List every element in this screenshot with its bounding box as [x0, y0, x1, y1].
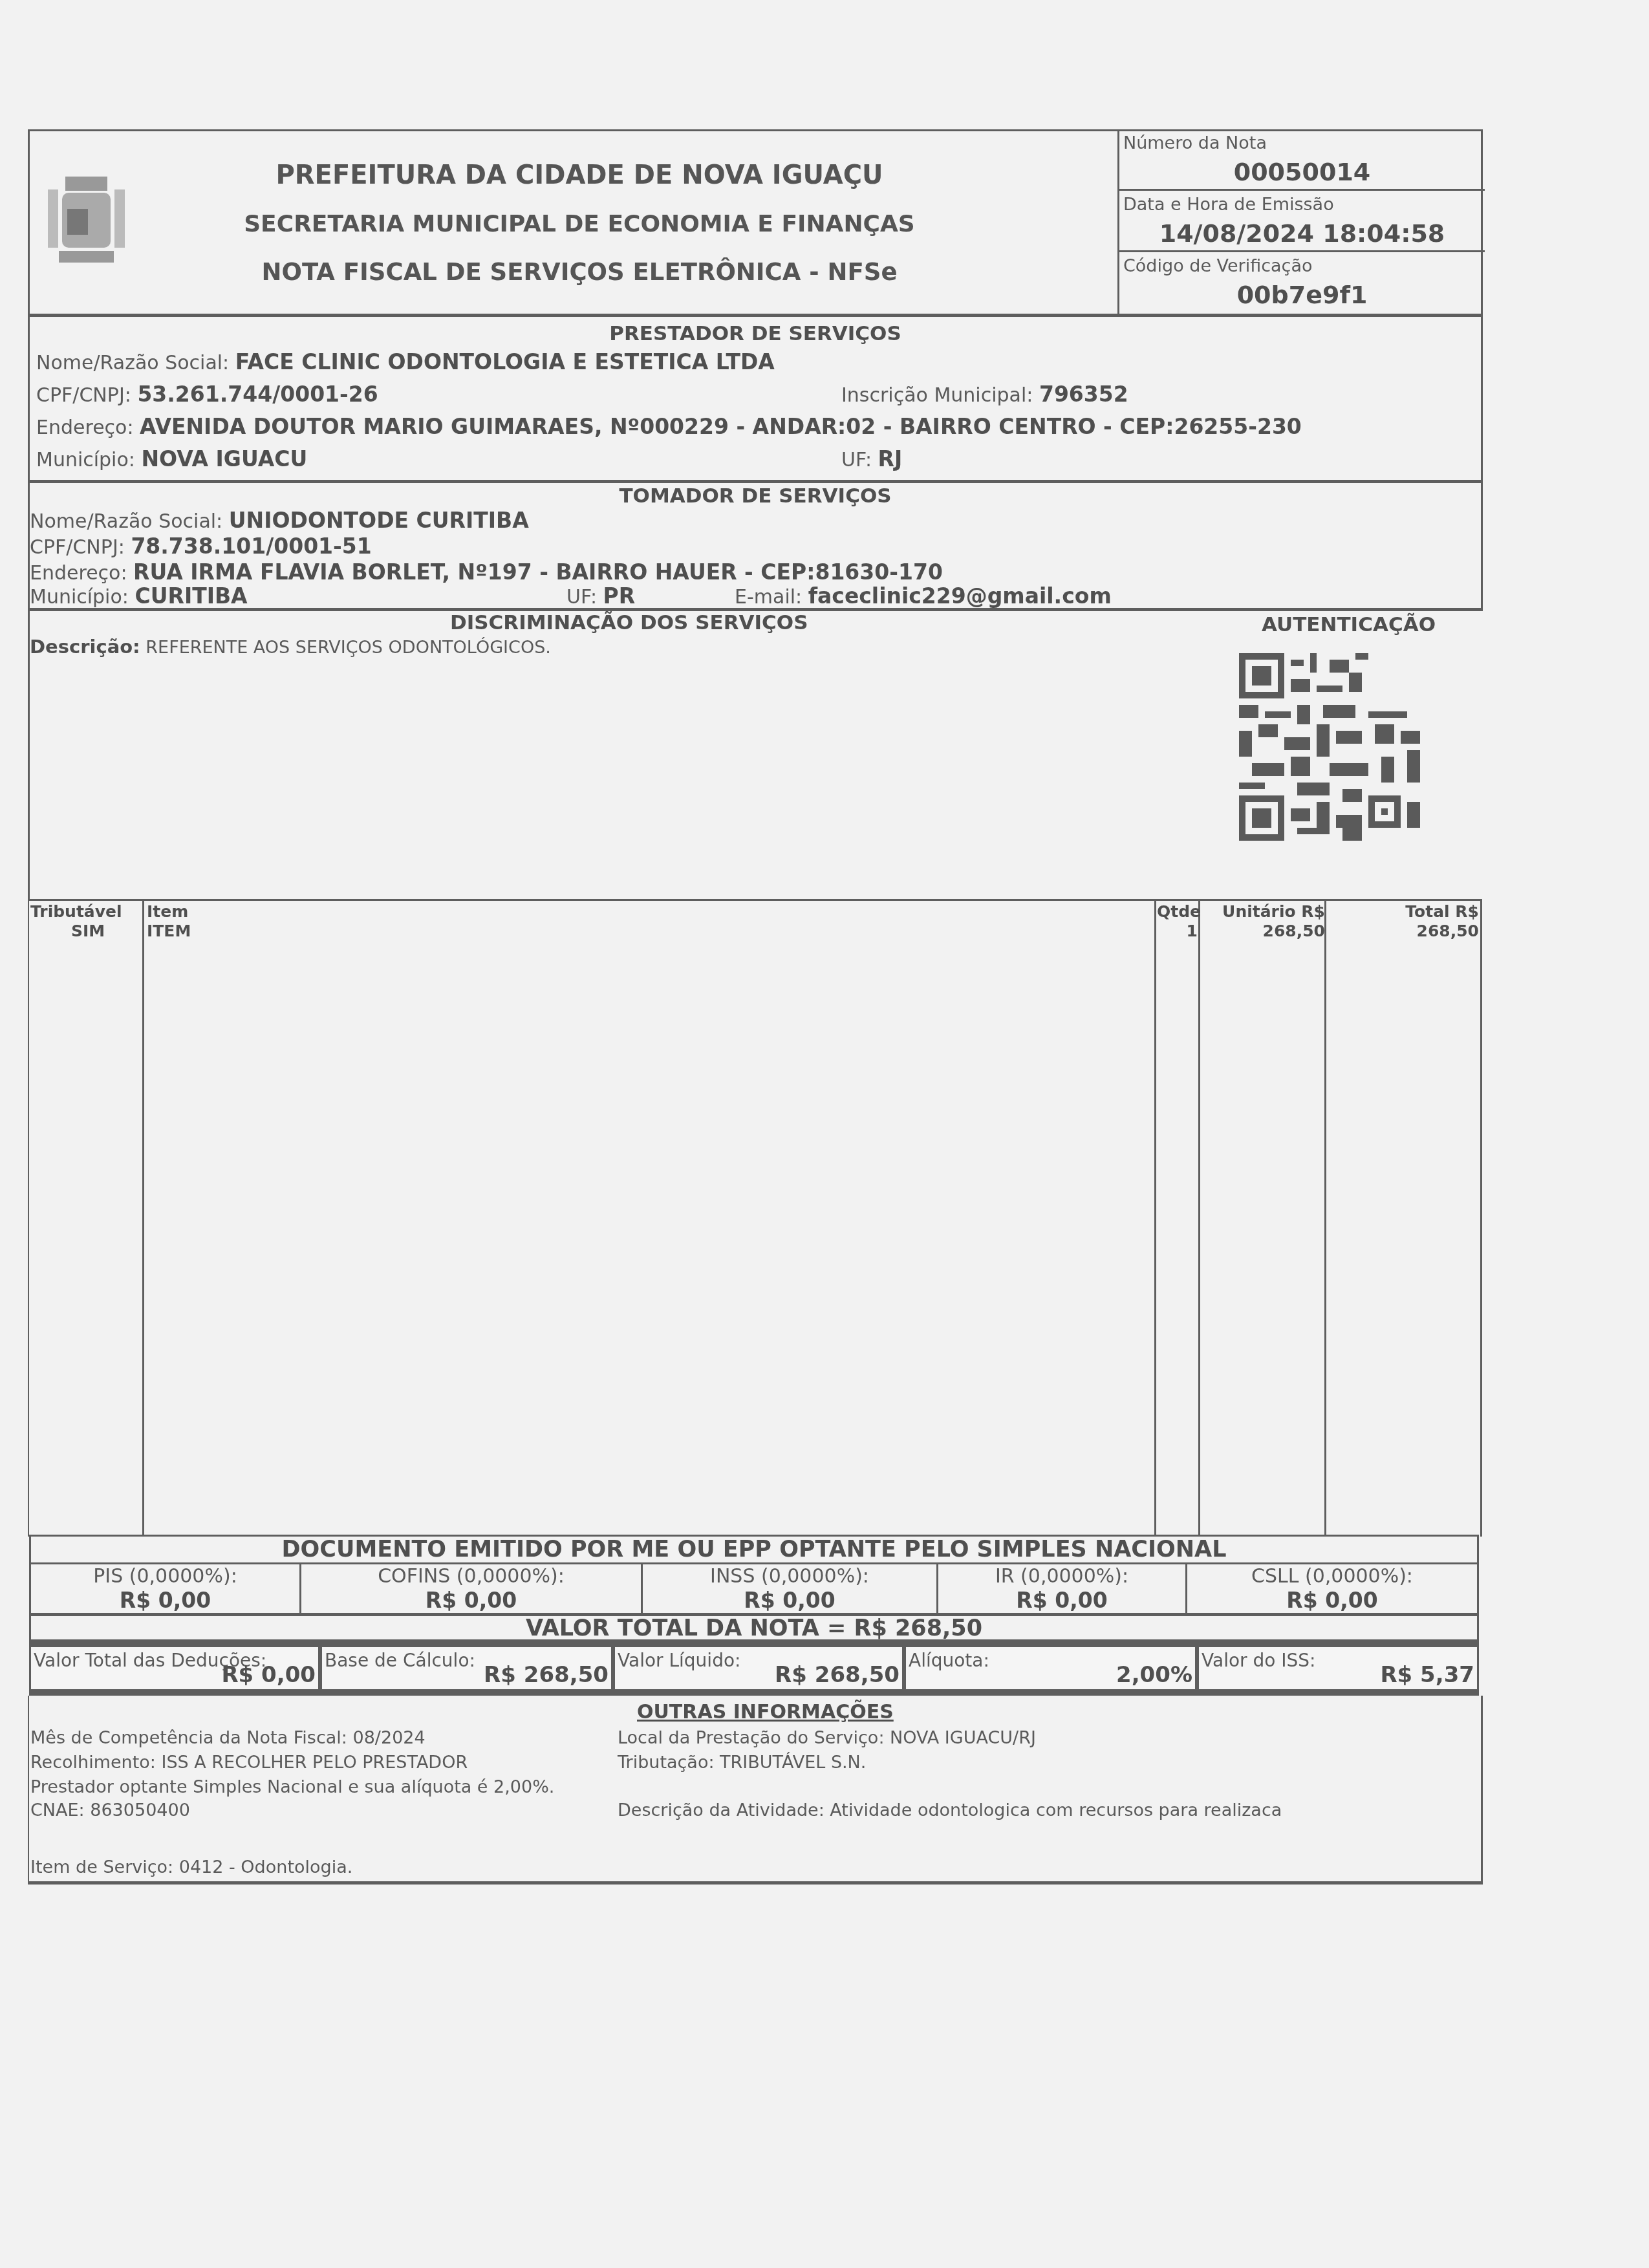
prestador-municipio: NOVA IGUACU — [141, 446, 307, 471]
cnae: CNAE: 863050400 — [30, 1800, 190, 1820]
data-value: 14/08/2024 18:04:58 — [1119, 219, 1485, 248]
tax-pis-value: R$ 0,00 — [31, 1588, 299, 1613]
codigo-value: 00b7e9f1 — [1119, 281, 1485, 309]
tax-cofins: COFINS (0,0000%):R$ 0,00 — [301, 1562, 643, 1613]
simples-banner-text: DOCUMENTO EMITIDO POR ME OU EPP OPTANTE … — [282, 1537, 1227, 1562]
tax-pis-label: PIS (0,0000%): — [31, 1562, 299, 1588]
taxes-row: PIS (0,0000%):R$ 0,00 COFINS (0,0000%):R… — [29, 1562, 1479, 1616]
tomador-nome: UNIODONTODE CURITIBA — [229, 508, 529, 533]
cell-item: ITEM — [147, 922, 191, 940]
simples-banner: DOCUMENTO EMITIDO POR ME OU EPP OPTANTE … — [29, 1535, 1479, 1564]
competencia: Mês de Competência da Nota Fiscal: 08/20… — [30, 1728, 426, 1748]
summary-liquido: Valor Líquido:R$ 268,50 — [615, 1647, 904, 1689]
prestador-section: PRESTADOR DE SERVIÇOS Nome/Razão Social:… — [28, 317, 1483, 483]
valor-total-bar: VALOR TOTAL DA NOTA = R$ 268,50 — [29, 1616, 1479, 1647]
descricao-label: Descrição: — [30, 636, 140, 658]
prestador-title: PRESTADOR DE SERVIÇOS — [30, 317, 1481, 345]
tomador-email-label: E-mail: — [735, 586, 802, 609]
codigo-label: Código de Verificação — [1123, 256, 1312, 276]
recolhimento: Recolhimento: ISS A RECOLHER PELO PRESTA… — [30, 1753, 468, 1773]
tax-csll: CSLL (0,0000%):R$ 0,00 — [1187, 1562, 1477, 1613]
valor-total-text: VALOR TOTAL DA NOTA = R$ 268,50 — [526, 1615, 982, 1641]
prestador-uf-label: UF: — [841, 449, 872, 471]
discriminacao-section: DISCRIMINAÇÃO DOS SERVIÇOS AUTENTICAÇÃO … — [28, 611, 1483, 899]
prestador-uf: RJ — [878, 446, 903, 471]
qr-code-icon — [1239, 653, 1427, 841]
prestador-nome-label: Nome/Razão Social: — [36, 352, 229, 374]
summary-iss-value: R$ 5,37 — [1380, 1662, 1474, 1688]
tomador-endereco-label: Endereço: — [30, 562, 127, 585]
tax-pis: PIS (0,0000%):R$ 0,00 — [31, 1562, 301, 1613]
tomador-email: faceclinic229@gmail.com — [808, 583, 1112, 609]
summary-deducoes: Valor Total das Deduções:R$ 0,00 — [31, 1647, 320, 1689]
tomador-uf-label: UF: — [566, 586, 597, 609]
discriminacao-title: DISCRIMINAÇÃO DOS SERVIÇOS — [450, 611, 808, 634]
summary-base: Base de Cálculo:R$ 268,50 — [322, 1647, 613, 1689]
tomador-title: TOMADOR DE SERVIÇOS — [30, 483, 1481, 508]
tomador-cnpj-label: CPF/CNPJ: — [30, 536, 125, 559]
col-qtde: Qtde — [1157, 902, 1201, 921]
summary-aliquota-value: 2,00% — [1116, 1662, 1192, 1688]
summary-base-value: R$ 268,50 — [484, 1662, 609, 1688]
tax-csll-label: CSLL (0,0000%): — [1187, 1562, 1477, 1588]
summary-base-label: Base de Cálculo: — [325, 1650, 475, 1671]
tax-csll-value: R$ 0,00 — [1187, 1588, 1477, 1613]
item-servico: Item de Serviço: 0412 - Odontologia. — [30, 1857, 352, 1877]
col-item: Item — [147, 902, 188, 921]
summary-aliquota: Alíquota:2,00% — [906, 1647, 1197, 1689]
tax-inss-value: R$ 0,00 — [643, 1588, 936, 1613]
descricao-value: REFERENTE AOS SERVIÇOS ODONTOLÓGICOS. — [145, 638, 551, 658]
city-title: PREFEITURA DA CIDADE DE NOVA IGUAÇU — [224, 160, 935, 190]
cell-tributavel: SIM — [71, 922, 105, 940]
data-label: Data e Hora de Emissão — [1123, 195, 1334, 215]
col-tributavel: Tributável — [30, 902, 122, 921]
tax-ir: IR (0,0000%):R$ 0,00 — [938, 1562, 1187, 1613]
header: PREFEITURA DA CIDADE DE NOVA IGUAÇU SECR… — [28, 129, 1483, 317]
prestador-cnpj: 53.261.744/0001-26 — [137, 382, 378, 407]
tomador-municipio-label: Município: — [30, 586, 129, 609]
summary-liquido-label: Valor Líquido: — [618, 1650, 740, 1671]
col-unitario: Unitário R$ — [1222, 902, 1325, 921]
city-crest-icon — [43, 170, 130, 274]
outras-section: OUTRAS INFORMAÇÕES Mês de Competência da… — [28, 1696, 1483, 1885]
tomador-uf: PR — [603, 583, 636, 609]
col-total: Total R$ — [1405, 902, 1479, 921]
tomador-municipio: CURITIBA — [135, 583, 247, 609]
prestador-nome: FACE CLINIC ODONTOLOGIA E ESTETICA LTDA — [235, 349, 775, 374]
summary-row: Valor Total das Deduções:R$ 0,00 Base de… — [29, 1647, 1479, 1696]
cell-total: 268,50 — [1417, 922, 1479, 940]
tax-cofins-label: COFINS (0,0000%): — [301, 1562, 641, 1588]
prestador-cnpj-label: CPF/CNPJ: — [36, 384, 131, 407]
tomador-section: TOMADOR DE SERVIÇOS Nome/Razão Social: U… — [28, 483, 1483, 611]
summary-iss: Valor do ISS:R$ 5,37 — [1199, 1647, 1477, 1689]
prestador-endereco-label: Endereço: — [36, 416, 134, 439]
outras-title: OUTRAS INFORMAÇÕES — [637, 1701, 894, 1723]
prestador-im: 796352 — [1039, 382, 1128, 407]
summary-liquido-value: R$ 268,50 — [775, 1662, 900, 1688]
secretaria-title: SECRETARIA MUNICIPAL DE ECONOMIA E FINAN… — [224, 211, 935, 237]
cell-qtde: 1 — [1187, 922, 1198, 940]
prestador-municipio-label: Município: — [36, 449, 135, 471]
tax-ir-value: R$ 0,00 — [938, 1588, 1185, 1613]
descricao-atividade: Descrição da Atividade: Atividade odonto… — [618, 1800, 1282, 1820]
tax-cofins-value: R$ 0,00 — [301, 1588, 641, 1613]
cell-unitario: 268,50 — [1263, 922, 1325, 940]
numero-value: 00050014 — [1119, 158, 1485, 186]
numero-label: Número da Nota — [1123, 133, 1267, 153]
summary-aliquota-label: Alíquota: — [909, 1650, 989, 1671]
tomador-cnpj: 78.738.101/0001-51 — [131, 534, 371, 559]
items-table: Tributável Item Qtde Unitário R$ Total R… — [28, 899, 1482, 1537]
prestador-im-label: Inscrição Municipal: — [841, 384, 1033, 407]
tax-ir-label: IR (0,0000%): — [938, 1562, 1185, 1588]
tomador-nome-label: Nome/Razão Social: — [30, 510, 222, 533]
autenticacao-title: AUTENTICAÇÃO — [1262, 613, 1436, 636]
tax-inss-label: INSS (0,0000%): — [643, 1562, 936, 1588]
tomador-endereco: RUA IRMA FLAVIA BORLET, Nº197 - BAIRRO H… — [133, 559, 943, 585]
local-prestacao: Local da Prestação do Serviço: NOVA IGUA… — [618, 1728, 1036, 1748]
summary-deducoes-value: R$ 0,00 — [221, 1662, 316, 1688]
tributacao: Tributação: TRIBUTÁVEL S.N. — [618, 1753, 866, 1773]
note-meta: Número da Nota 00050014 Data e Hora de E… — [1117, 129, 1485, 317]
tax-inss: INSS (0,0000%):R$ 0,00 — [643, 1562, 938, 1613]
document-title: NOTA FISCAL DE SERVIÇOS ELETRÔNICA - NFS… — [224, 258, 935, 286]
simples-aliquota: Prestador optante Simples Nacional e sua… — [30, 1777, 554, 1797]
summary-iss-label: Valor do ISS: — [1202, 1650, 1316, 1671]
prestador-endereco: AVENIDA DOUTOR MARIO GUIMARAES, Nº000229… — [140, 414, 1302, 439]
